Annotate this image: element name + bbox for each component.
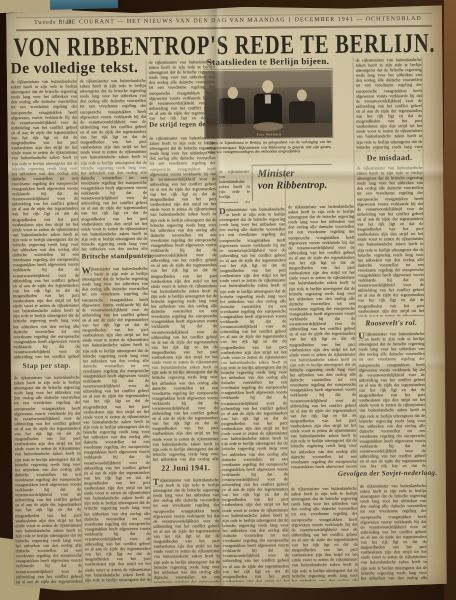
body-text-column: de rijksminister van buitenlandsche zake… xyxy=(360,483,427,581)
subhead-de-misdaad: De misdaad. xyxy=(356,153,422,163)
body-text-column: de rijksminister van buitenlandsche zake… xyxy=(219,206,289,582)
teal-object xyxy=(50,0,118,10)
subhead-britsche-standpunten: Britsche standpunten. xyxy=(82,252,148,261)
body-text-column: de rijksminister van buitenlandsche zake… xyxy=(357,165,425,317)
dropcap: T xyxy=(153,478,159,487)
dropcap: W xyxy=(82,266,91,275)
body-text-column: de rijksminister van buitenlandsche zake… xyxy=(358,331,425,468)
subhead-22-juni-1941: 22 Juni 1941. xyxy=(153,463,219,473)
body-text-column: de rijksminister van buitenlandsche zake… xyxy=(291,486,358,582)
photo-caption: Tijdens de bijeenkomst te Berlijn, ter g… xyxy=(206,140,331,155)
photo-section: Staatslieden te Berlijn bijeen. xyxy=(203,56,333,155)
subhead-stap-per-stap: Stap per stap. xyxy=(14,361,80,371)
subhead-roosevelts-rol: Roosevelt's rol. xyxy=(358,318,424,328)
photo-headline-rule xyxy=(204,68,333,70)
dropcap: U xyxy=(358,332,365,341)
body-text-column: de rijksminister van buitenlandsche zake… xyxy=(14,375,82,585)
body-text-column: de rijksminister van buitenlandsche zake… xyxy=(82,266,151,584)
body-text-column: de rijksminister van buitenlandsche zake… xyxy=(149,59,216,120)
news-photo: Foto Weltbild xyxy=(205,71,333,138)
subhead-strijd-tegen-sovjets: De strijd tegen de Sovjets. xyxy=(149,121,215,129)
newspaper-page: Tweede Blad DE COURANT — HET NIEUWS VAN … xyxy=(6,5,448,592)
minister-line1: Minister xyxy=(258,168,332,181)
subhead-minister-von-ribbentrop: Minister von Ribbentrop. xyxy=(252,164,332,201)
photo-headline: Staatslieden te Berlijn bijeen. xyxy=(203,56,332,67)
body-text-column: de rijksminister van buitenlandsche zake… xyxy=(355,57,422,152)
body-text-column: de rijksminister van buitenlandsche zake… xyxy=(80,78,148,251)
body-text-column: de rijksminister van buitenlandsche zake… xyxy=(11,79,80,360)
body-text-column: de rijksminister van buitenlandsche zake… xyxy=(153,477,220,583)
minister-line2: von Ribbentrop. xyxy=(258,180,332,193)
photo-backdrop: Tweede Blad DE COURANT — HET NIEUWS VAN … xyxy=(0,0,456,600)
masthead-title: DE COURANT — HET NIEUWS VAN DEN DAG VAN … xyxy=(66,16,422,26)
body-text-column: de rijksminister van buitenlandsche zake… xyxy=(219,169,250,203)
body-text-column: de rijksminister van buitenlandsche zake… xyxy=(288,204,357,469)
statesmen-photo-illustration xyxy=(205,71,333,138)
body-text-column: de rijksminister van buitenlandsche zake… xyxy=(149,135,218,462)
subhead-gevolgen-sovjet-nederlaag: Gevolgen der Sovjet-nederlaag. xyxy=(338,469,434,478)
dropcap: D xyxy=(219,207,226,216)
